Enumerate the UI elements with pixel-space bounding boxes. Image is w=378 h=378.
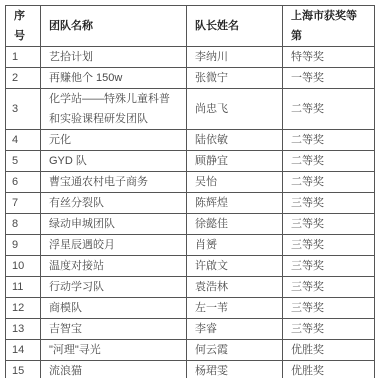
header-cell-award: 上海市获奖等第 [283,6,375,47]
table-row: 7 有丝分裂队 陈辉煌 三等奖 [6,193,375,214]
cell-team: 再赚他个 150w [41,68,187,89]
cell-team: 温度对接站 [41,256,187,277]
cell-team: 流浪猫 [41,361,187,378]
cell-team: 有丝分裂队 [41,193,187,214]
cell-captain: 顾静宜 [187,151,283,172]
table-body: 1 艺拾计划 李纳川 特等奖 2 再赚他个 150w 张微宁 一等奖 3 化学站… [6,47,375,378]
table-row: 10 温度对接站 许啟文 三等奖 [6,256,375,277]
table-row: 3 化学站——特殊儿童科普和实验课程研发团队 尚忠飞 二等奖 [6,89,375,130]
cell-award: 三等奖 [283,277,375,298]
cell-team: 曹宝通农村电子商务 [41,172,187,193]
cell-captain: 左一苇 [187,298,283,319]
cell-captain: 徐懿佳 [187,214,283,235]
cell-captain: 李睿 [187,319,283,340]
cell-award: 三等奖 [283,319,375,340]
table-row: 5 GYD 队 顾静宜 二等奖 [6,151,375,172]
cell-team: GYD 队 [41,151,187,172]
page: 序号 团队名称 队长姓名 上海市获奖等第 1 艺拾计划 李纳川 特等奖 2 再赚… [0,0,378,378]
cell-award: 优胜奖 [283,361,375,378]
table-row: 8 绿动申城团队 徐懿佳 三等奖 [6,214,375,235]
cell-num: 7 [6,193,41,214]
table-row: 11 行动学习队 袁浩林 三等奖 [6,277,375,298]
cell-captain: 尚忠飞 [187,89,283,130]
cell-captain: 陈辉煌 [187,193,283,214]
table-row: 13 吉智宝 李睿 三等奖 [6,319,375,340]
header-cell-captain: 队长姓名 [187,6,283,47]
cell-award: 二等奖 [283,151,375,172]
header-row: 序号 团队名称 队长姓名 上海市获奖等第 [6,6,375,47]
cell-captain: 李纳川 [187,47,283,68]
cell-num: 10 [6,256,41,277]
cell-num: 1 [6,47,41,68]
cell-num: 14 [6,340,41,361]
cell-team: 商模队 [41,298,187,319]
table-row: 15 流浪猫 杨珺雯 优胜奖 [6,361,375,378]
table-row: 2 再赚他个 150w 张微宁 一等奖 [6,68,375,89]
cell-captain: 何云霞 [187,340,283,361]
cell-award: 三等奖 [283,298,375,319]
cell-award: 二等奖 [283,130,375,151]
cell-captain: 袁浩林 [187,277,283,298]
cell-team: 艺拾计划 [41,47,187,68]
cell-team: 行动学习队 [41,277,187,298]
cell-num: 2 [6,68,41,89]
cell-award: 一等奖 [283,68,375,89]
cell-num: 8 [6,214,41,235]
cell-num: 4 [6,130,41,151]
table-row: 14 "河理"寻光 何云霞 优胜奖 [6,340,375,361]
table-row: 1 艺拾计划 李纳川 特等奖 [6,47,375,68]
cell-award: 三等奖 [283,214,375,235]
cell-captain: 许啟文 [187,256,283,277]
table-row: 4 元化 陆依敏 二等奖 [6,130,375,151]
table-row: 6 曹宝通农村电子商务 吴怡 二等奖 [6,172,375,193]
cell-team: 化学站——特殊儿童科普和实验课程研发团队 [41,89,187,130]
cell-num: 12 [6,298,41,319]
cell-captain: 张微宁 [187,68,283,89]
cell-award: 特等奖 [283,47,375,68]
cell-award: 二等奖 [283,172,375,193]
cell-num: 11 [6,277,41,298]
cell-award: 三等奖 [283,256,375,277]
cell-num: 9 [6,235,41,256]
cell-num: 15 [6,361,41,378]
cell-award: 三等奖 [283,235,375,256]
cell-team: 吉智宝 [41,319,187,340]
award-table: 序号 团队名称 队长姓名 上海市获奖等第 1 艺拾计划 李纳川 特等奖 2 再赚… [5,5,375,378]
cell-captain: 陆依敏 [187,130,283,151]
table-row: 9 浮星辰遇皎月 肖赟 三等奖 [6,235,375,256]
cell-captain: 吴怡 [187,172,283,193]
cell-team: 元化 [41,130,187,151]
cell-award: 优胜奖 [283,340,375,361]
cell-num: 6 [6,172,41,193]
cell-num: 3 [6,89,41,130]
cell-num: 13 [6,319,41,340]
table-header: 序号 团队名称 队长姓名 上海市获奖等第 [6,6,375,47]
table-row: 12 商模队 左一苇 三等奖 [6,298,375,319]
cell-team: 绿动申城团队 [41,214,187,235]
cell-team: "河理"寻光 [41,340,187,361]
cell-team: 浮星辰遇皎月 [41,235,187,256]
header-cell-team: 团队名称 [41,6,187,47]
cell-award: 二等奖 [283,89,375,130]
header-cell-num: 序号 [6,6,41,47]
cell-award: 三等奖 [283,193,375,214]
cell-num: 5 [6,151,41,172]
cell-captain: 肖赟 [187,235,283,256]
cell-captain: 杨珺雯 [187,361,283,378]
